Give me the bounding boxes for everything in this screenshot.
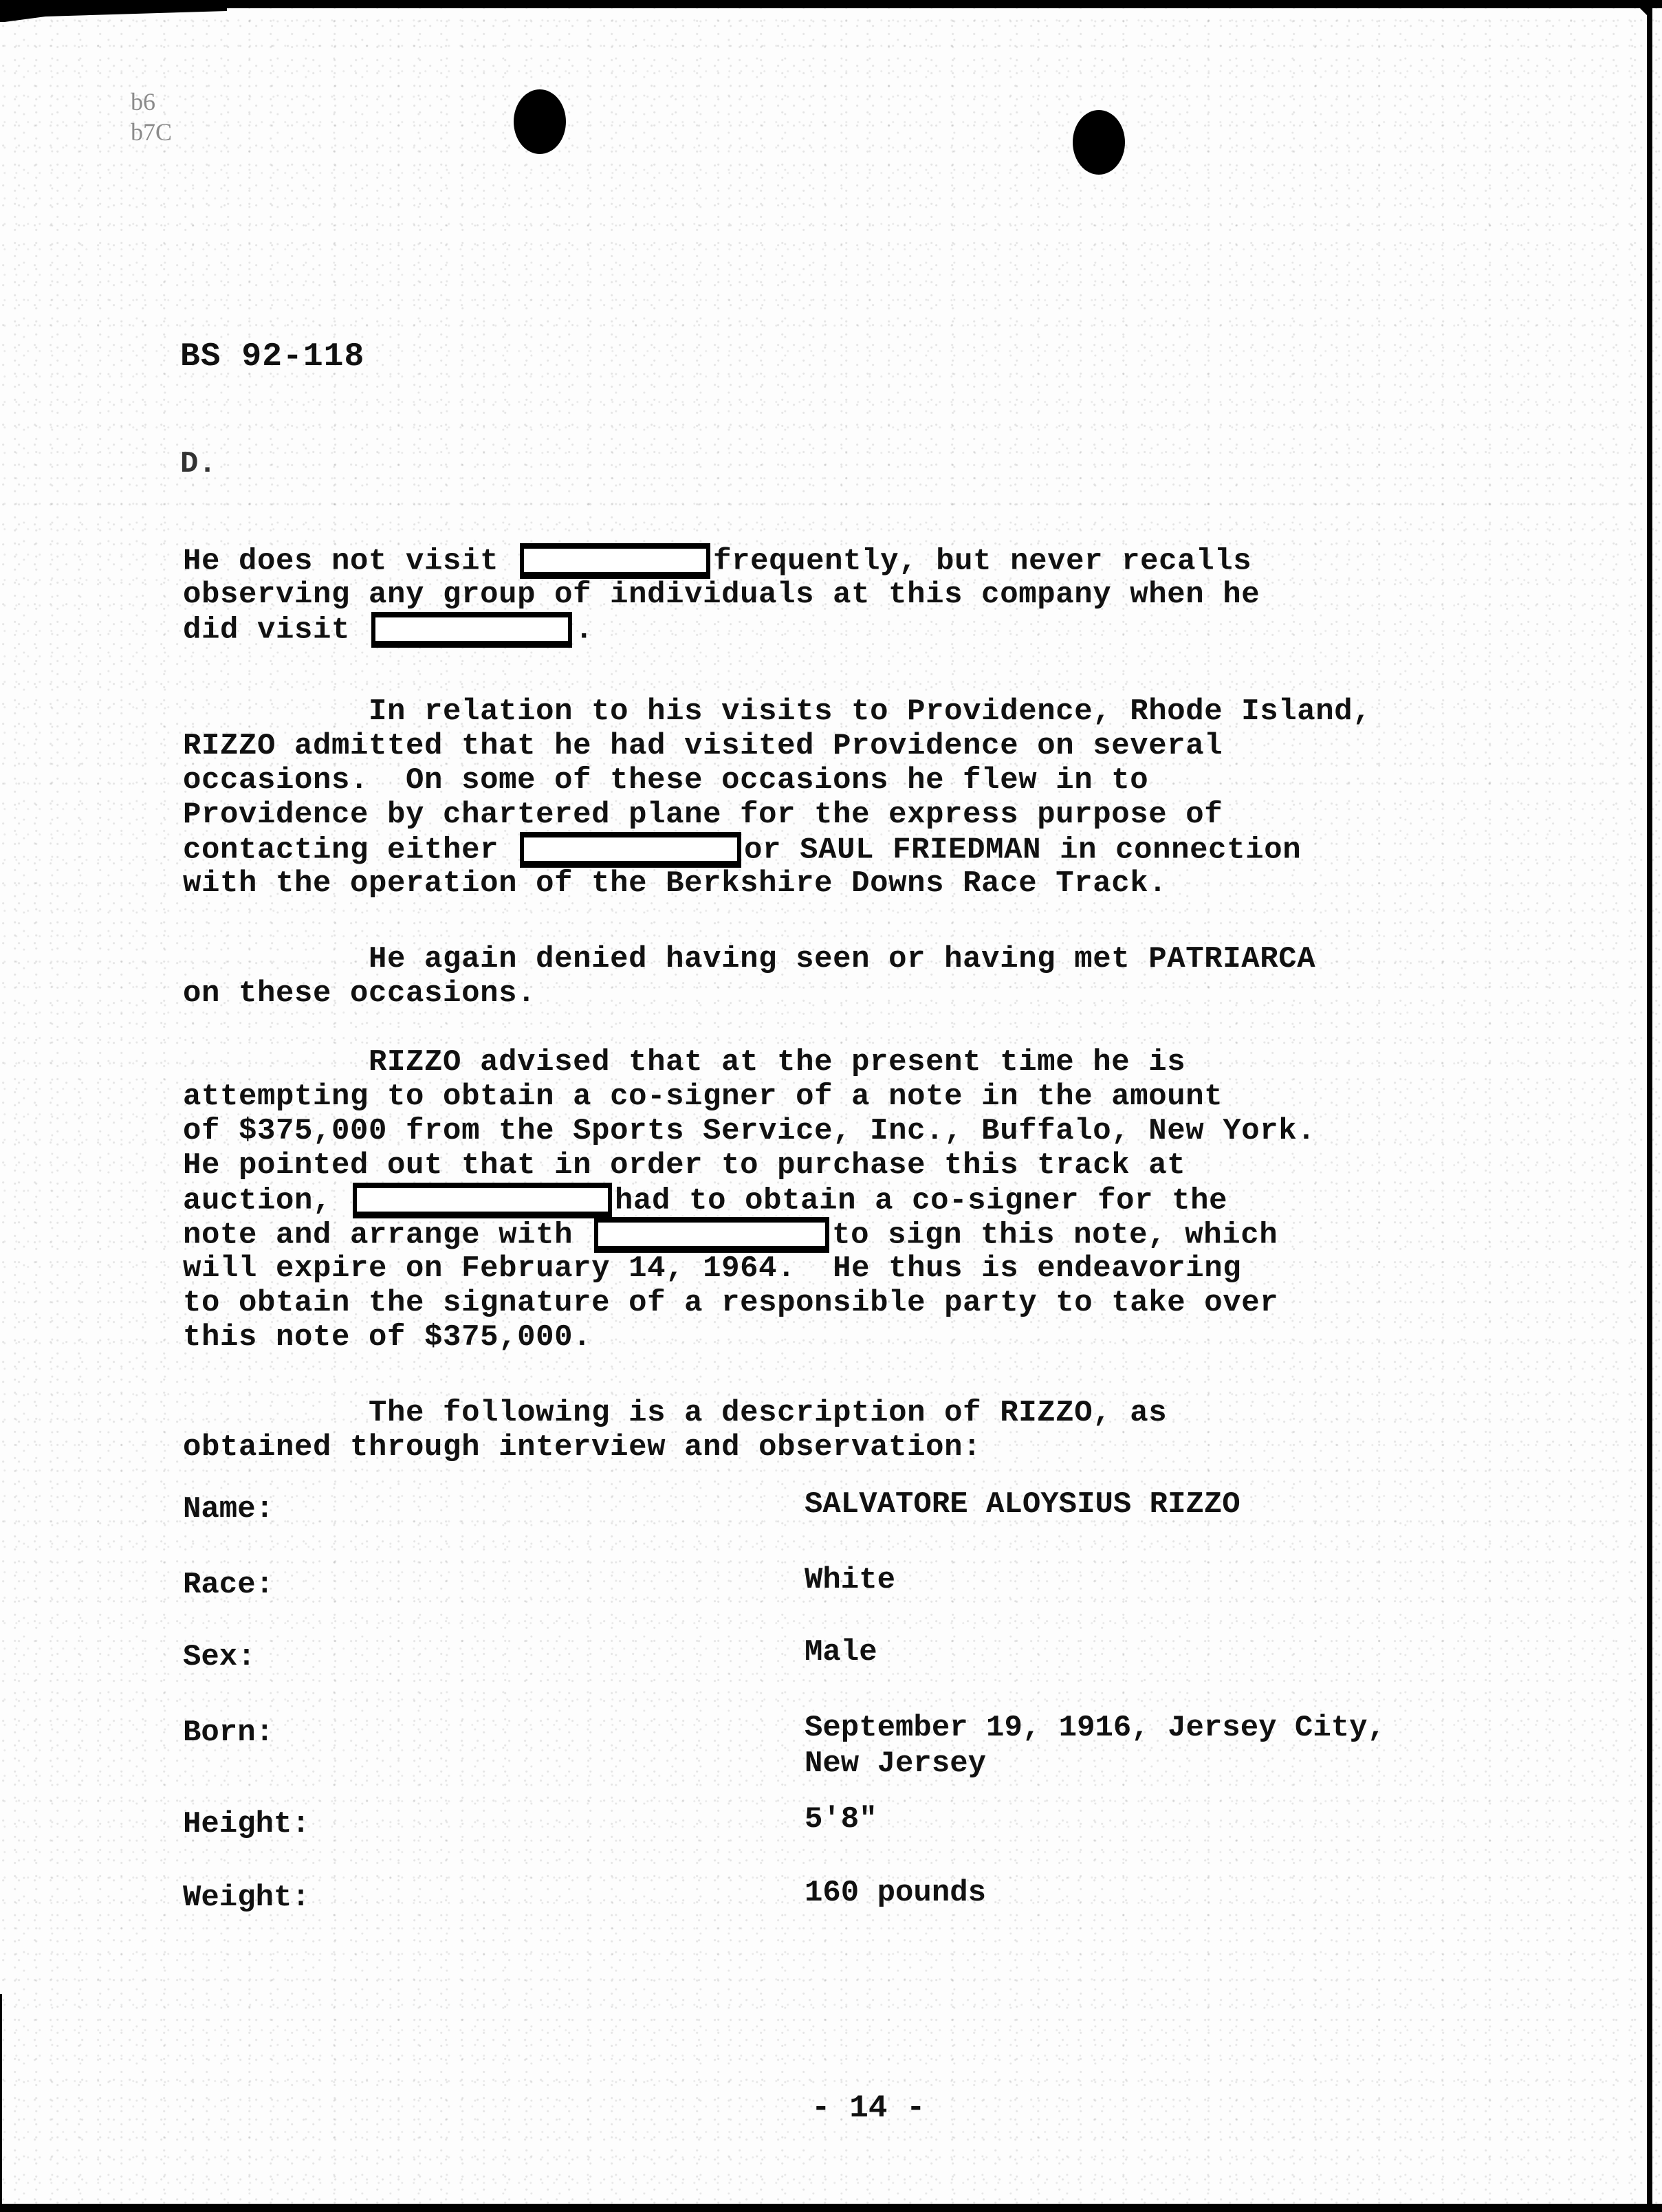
description-value: 160 pounds bbox=[805, 1875, 986, 1911]
description-value: 5'8" bbox=[805, 1802, 877, 1837]
text-line: He pointed out that in order to purchase… bbox=[183, 1148, 1185, 1183]
description-label: Born: bbox=[183, 1716, 274, 1750]
page-number: - 14 - bbox=[811, 2090, 926, 2126]
redaction-box bbox=[371, 612, 572, 648]
redaction-box bbox=[520, 543, 710, 579]
redaction-box bbox=[520, 832, 741, 868]
text-line: to obtain the signature of a responsible… bbox=[183, 1286, 1278, 1320]
text-line: Providence by chartered plane for the ex… bbox=[183, 798, 1223, 832]
text-line: did visit . bbox=[183, 612, 593, 648]
description-label: Sex: bbox=[183, 1640, 256, 1674]
text-line: note and arrange with to sign this note,… bbox=[183, 1217, 1278, 1253]
text-fragment: had to obtain a co-signer for the bbox=[615, 1184, 1227, 1218]
redaction-box bbox=[353, 1183, 612, 1218]
scan-border-corner bbox=[1632, 0, 1652, 21]
description-value: Male bbox=[805, 1634, 877, 1670]
text-line: occasions. On some of these occasions he… bbox=[183, 763, 1148, 798]
description-label: Race: bbox=[183, 1568, 274, 1602]
text-line: obtained through interview and observati… bbox=[183, 1430, 981, 1465]
description-value: White bbox=[805, 1562, 895, 1598]
section-marker: D. bbox=[180, 447, 217, 481]
text-fragment: He does not visit bbox=[183, 545, 517, 579]
file-number: BS 92-118 bbox=[180, 338, 364, 375]
scan-border-right bbox=[1647, 0, 1652, 2212]
exemption-code-b6: b6 bbox=[131, 88, 155, 116]
text-line: contacting either or SAUL FRIEDMAN in co… bbox=[183, 832, 1301, 868]
text-line: on these occasions. bbox=[183, 976, 536, 1011]
text-line: RIZZO advised that at the present time h… bbox=[183, 1045, 1185, 1080]
text-fragment: or SAUL FRIEDMAN in connection bbox=[744, 833, 1301, 868]
text-line: RIZZO admitted that he had visited Provi… bbox=[183, 729, 1223, 763]
scan-border-top bbox=[0, 0, 1662, 8]
text-line: this note of $375,000. bbox=[183, 1320, 591, 1355]
scan-border-torn-corner bbox=[0, 8, 227, 22]
description-value: SALVATORE ALOYSIUS RIZZO bbox=[805, 1487, 1240, 1522]
text-line: auction, had to obtain a co-signer for t… bbox=[183, 1183, 1227, 1218]
text-fragment: to sign this note, which bbox=[832, 1218, 1278, 1253]
text-line: In relation to his visits to Providence,… bbox=[183, 694, 1371, 729]
text-line: will expire on February 14, 1964. He thu… bbox=[183, 1251, 1241, 1286]
text-line: He again denied having seen or having me… bbox=[183, 942, 1315, 976]
punch-hole-icon bbox=[514, 89, 566, 154]
text-line: He does not visit frequently, but never … bbox=[183, 543, 1251, 579]
text-line: observing any group of individuals at th… bbox=[183, 578, 1260, 612]
text-fragment: . bbox=[575, 613, 593, 648]
text-line: attempting to obtain a co-signer of a no… bbox=[183, 1080, 1223, 1114]
scanned-page: b6 b7C BS 92-118 D. He does not visit fr… bbox=[0, 0, 1662, 2212]
text-fragment: frequently, but never recalls bbox=[713, 545, 1251, 579]
text-fragment: note and arrange with bbox=[183, 1218, 591, 1253]
description-label: Name: bbox=[183, 1492, 274, 1526]
text-fragment: auction, bbox=[183, 1184, 350, 1218]
description-value: September 19, 1916, Jersey City, New Jer… bbox=[805, 1710, 1386, 1782]
exemption-code-b7c: b7C bbox=[131, 118, 172, 146]
description-label: Weight: bbox=[183, 1881, 310, 1915]
redaction-box bbox=[594, 1217, 829, 1253]
text-line: with the operation of the Berkshire Down… bbox=[183, 866, 1167, 901]
text-line: The following is a description of RIZZO,… bbox=[183, 1396, 1167, 1430]
scan-border-bottom bbox=[0, 2204, 1662, 2212]
description-label: Height: bbox=[183, 1807, 310, 1841]
text-fragment: did visit bbox=[183, 613, 369, 648]
punch-hole-icon bbox=[1073, 110, 1125, 175]
text-fragment: contacting either bbox=[183, 833, 517, 868]
scan-border-left bbox=[0, 1994, 2, 2212]
text-line: of $375,000 from the Sports Service, Inc… bbox=[183, 1114, 1315, 1148]
